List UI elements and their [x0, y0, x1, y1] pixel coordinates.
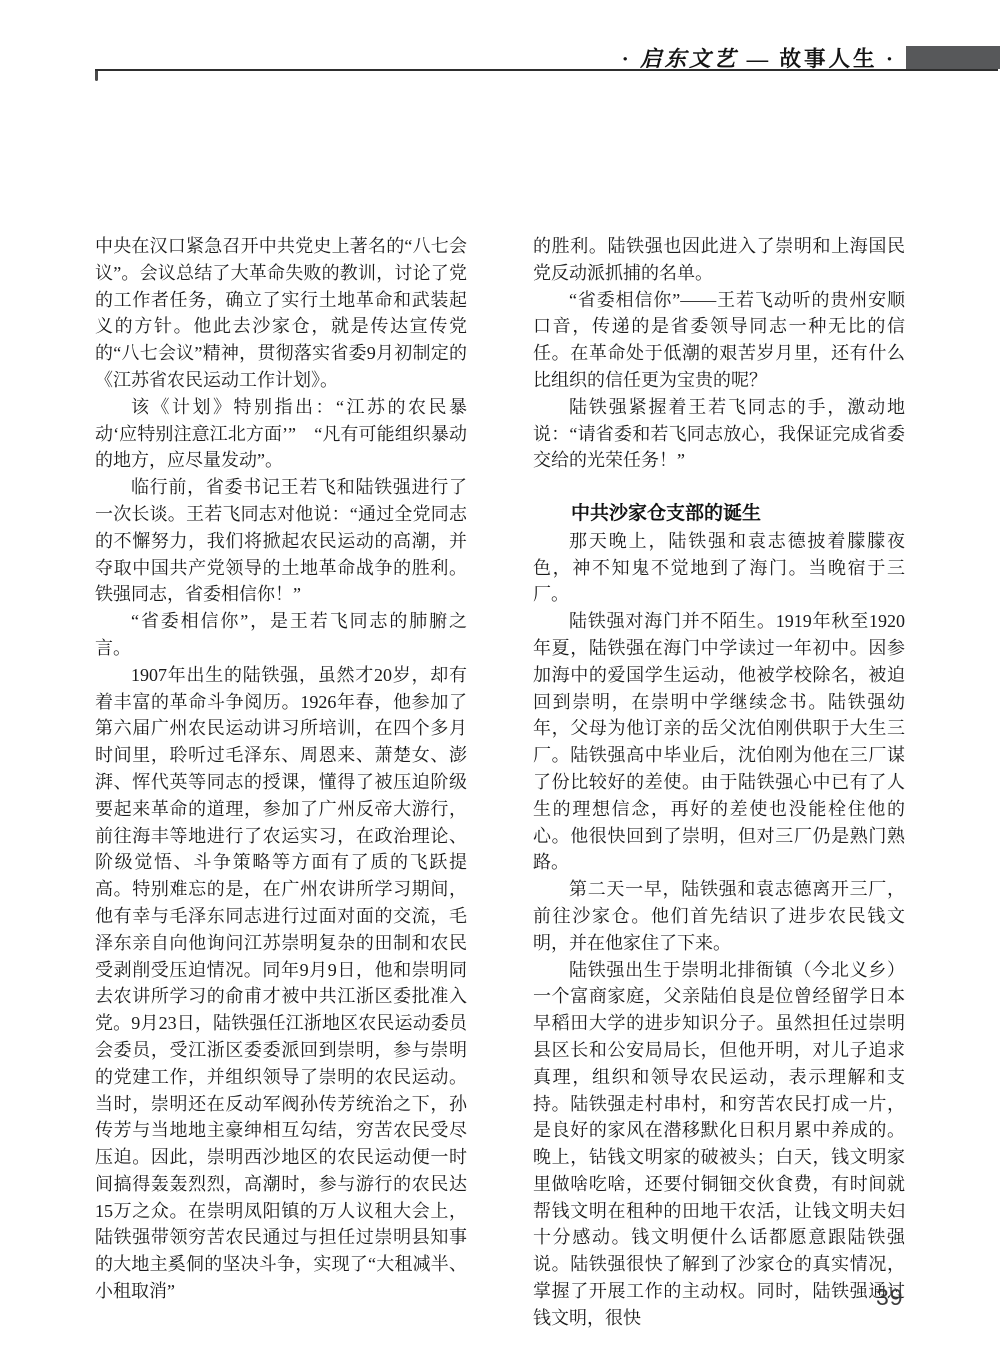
magazine-page: · 启东文艺 — 故事人生 · 中央在汉口紧急召开中共党史上著名的“八七会议”。… — [0, 0, 1000, 1357]
header-accent-block — [906, 46, 1000, 69]
paragraph: 那天晚上，陆铁强和袁志德披着朦朦夜色，神不知鬼不觉地到了海门。当晚宿于三厂。 — [533, 528, 905, 608]
paragraph: 第二天一早，陆铁强和袁志德离开三厂，前往沙家仓。他们首先结识了进步农民钱文明，并… — [533, 876, 905, 956]
paragraph: 的胜利。陆铁强也因此进入了崇明和上海国民党反动派抓捕的名单。 — [533, 233, 905, 287]
page-header-title: · 启东文艺 — 故事人生 · — [622, 42, 896, 73]
header-dot-left: · — [622, 47, 632, 71]
section-heading: 中共沙家仓支部的诞生 — [533, 501, 905, 528]
paragraph: 中央在汉口紧急召开中共党史上著名的“八七会议”。会议总结了大革命失败的教训，讨论… — [95, 233, 467, 394]
right-column: 的胜利。陆铁强也因此进入了崇明和上海国民党反动派抓捕的名单。 “省委相信你”——… — [533, 233, 905, 1332]
header-dot-right: · — [886, 47, 896, 71]
paragraph: “省委相信你”——王若飞动听的贵州安顺口音，传递的是省委领导同志一种无比的信任。… — [533, 287, 905, 394]
magazine-title: 启东文艺 — [640, 47, 738, 71]
paragraph: 陆铁强紧握着王若飞同志的手，激动地说：“请省委和若飞同志放心，我保证完成省委交给… — [533, 394, 905, 474]
paragraph: “省委相信你”，是王若飞同志的肺腑之言。 — [95, 608, 467, 662]
paragraph: 临行前，省委书记王若飞和陆铁强进行了一次长谈。王若飞同志对他说：“通过全党同志的… — [95, 474, 467, 608]
page-number: 39 — [876, 1284, 904, 1311]
paragraph: 陆铁强对海门并不陌生。1919年秋至1920年夏，陆铁强在海门中学读过一年初中。… — [533, 608, 905, 876]
header-rule-tick — [95, 71, 98, 81]
column-title: 故事人生 — [779, 47, 877, 71]
left-column: 中央在汉口紧急召开中共党史上著名的“八七会议”。会议总结了大革命失败的教训，讨论… — [95, 233, 467, 1305]
paragraph: 陆铁强出生于崇明北排衙镇（今北义乡）一个富商家庭，父亲陆伯良是位曾经留学日本早稻… — [533, 957, 905, 1332]
paragraph: 该《计划》特别指出：“江苏的农民暴动‘应特别注意江北方面’” “凡有可能组织暴动… — [95, 394, 467, 474]
paragraph: 1907年出生的陆铁强，虽然才20岁，却有着丰富的革命斗争阅历。1926年春，他… — [95, 662, 467, 1305]
header-dash: — — [747, 47, 772, 71]
